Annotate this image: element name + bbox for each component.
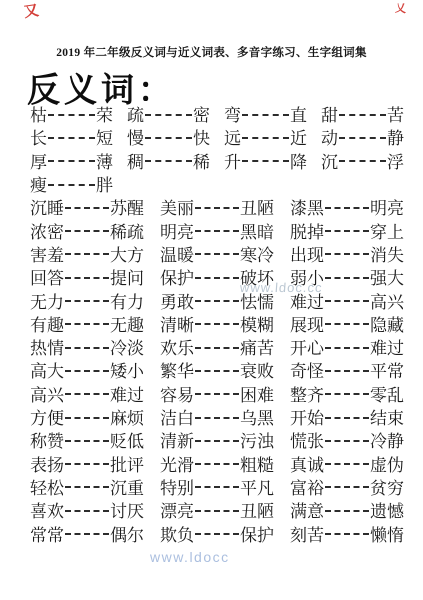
word-left: 喜欢 [30,497,64,522]
antonym-pair: 表扬批评 [30,451,144,476]
word-right: 麻烦 [110,404,144,429]
word-left: 脱掉 [290,218,324,243]
word-left: 出现 [290,241,324,266]
word-right: 保护 [240,521,274,546]
antonym-pair: 热情冷淡 [30,334,144,359]
dash-connector [325,533,369,535]
dash-connector [65,277,109,279]
antonym-pair: 洁白乌黑 [160,404,274,429]
antonym-pair: 难过高兴 [290,288,404,313]
dash-connector [65,440,109,442]
antonym-pair: 欢乐痛苦 [160,334,274,359]
dash-connector [195,393,239,395]
dash-connector [145,114,192,116]
dash-connector [325,323,369,325]
word-right: 直 [290,101,307,126]
word-right: 偶尔 [110,521,144,546]
dash-connector [195,486,239,488]
dash-connector [195,277,239,279]
antonym-row: 浓密稀疏明亮黑暗脱掉穿上 [30,218,405,241]
dash-connector [325,347,369,349]
dash-connector [195,463,239,465]
word-left: 动 [321,124,338,149]
dash-connector [195,440,239,442]
word-right: 沉重 [110,474,144,499]
antonym-pair: 疏密 [127,101,210,126]
word-right: 苏醒 [110,194,144,219]
dash-connector [325,510,369,512]
antonym-pair: 富裕贫穷 [290,474,404,499]
red-stamp-left-icon: 又 [23,4,40,21]
dash-connector [65,207,109,209]
word-left: 开始 [290,404,324,429]
dash-connector [325,253,369,255]
dash-connector [325,417,369,419]
antonym-list: 枯荣疏密弯直甜苦长短慢快远近动静厚薄稠稀升降沉浮瘦胖沉睡苏醒美丽丑陋漆黑明亮浓密… [30,102,405,545]
dash-connector [242,137,289,139]
word-right: 稀疏 [110,218,144,243]
word-right: 矮小 [110,357,144,382]
antonym-pair: 刻苦懒惰 [290,521,404,546]
word-left: 温暖 [160,241,194,266]
dash-connector [195,510,239,512]
antonym-pair: 枯荣 [30,101,113,126]
dash-connector [65,300,109,302]
antonym-pair: 美丽丑陋 [160,194,274,219]
word-right: 有力 [110,288,144,313]
antonym-pair: 方便麻烦 [30,404,144,429]
word-right: 衰败 [240,357,274,382]
word-left: 疏 [127,101,144,126]
dash-connector [65,510,109,512]
antonym-pair: 满意遗憾 [290,497,404,522]
antonym-row: 常常偶尔欺负保护刻苦懒惰 [30,521,405,544]
dash-connector [48,184,95,186]
antonym-pair: 明亮黑暗 [160,218,274,243]
dash-connector [65,463,109,465]
antonym-pair: 厚薄 [30,148,113,173]
word-right: 平常 [370,357,404,382]
dash-connector [325,486,369,488]
word-left: 真诚 [290,451,324,476]
word-right: 冷静 [370,427,404,452]
word-right: 快 [193,124,210,149]
dash-connector [65,393,109,395]
word-right: 冷淡 [110,334,144,359]
antonym-pair: 稠稀 [127,148,210,173]
dash-connector [195,207,239,209]
dash-connector [325,393,369,395]
dash-connector [195,533,239,535]
antonym-row: 害羞大方温暖寒冷出现消失 [30,242,405,265]
dash-connector [195,230,239,232]
word-left: 清新 [160,427,194,452]
word-left: 厚 [30,148,47,173]
word-left: 瘦 [30,171,47,196]
antonym-pair: 弱小强大 [290,264,404,289]
word-right: 薄 [96,148,113,173]
antonym-row: 表扬批评光滑粗糙真诚虚伪 [30,451,405,474]
word-right: 大方 [110,241,144,266]
word-left: 甜 [321,101,338,126]
word-right: 怯懦 [240,288,274,313]
antonym-pair: 喜欢讨厌 [30,497,144,522]
word-left: 整齐 [290,381,324,406]
word-right: 零乱 [370,381,404,406]
antonym-pair: 繁华衰败 [160,357,274,382]
word-left: 升 [224,148,241,173]
dash-connector [65,533,109,535]
antonym-pair: 清晰模糊 [160,311,274,336]
antonym-pair: 清新污浊 [160,427,274,452]
word-right: 提问 [110,264,144,289]
word-right: 荣 [96,101,113,126]
word-left: 弱小 [290,264,324,289]
word-right: 高兴 [370,288,404,313]
antonym-pair: 无力有力 [30,288,144,313]
word-left: 光滑 [160,451,194,476]
word-left: 称赞 [30,427,64,452]
word-left: 稠 [127,148,144,173]
antonym-pair: 勇敢怯懦 [160,288,274,313]
antonym-row: 热情冷淡欢乐痛苦开心难过 [30,335,405,358]
dash-connector [65,323,109,325]
antonym-pair: 奇怪平常 [290,357,404,382]
word-right: 静 [387,124,404,149]
antonym-pair: 展现隐藏 [290,311,404,336]
antonym-pair: 真诚虚伪 [290,451,404,476]
word-right: 贬低 [110,427,144,452]
antonym-pair: 脱掉穿上 [290,218,404,243]
dash-connector [65,417,109,419]
antonym-pair: 升降 [224,148,307,173]
word-right: 难过 [110,381,144,406]
word-left: 欢乐 [160,334,194,359]
dash-connector [325,230,369,232]
antonym-row: 无力有力勇敢怯懦难过高兴 [30,288,405,311]
word-left: 特别 [160,474,194,499]
antonym-pair: 慌张冷静 [290,427,404,452]
word-right: 寒冷 [240,241,274,266]
word-right: 懒惰 [370,521,404,546]
antonym-row: 方便麻烦洁白乌黑开始结束 [30,405,405,428]
word-right: 消失 [370,241,404,266]
word-left: 回答 [30,264,64,289]
word-left: 长 [30,124,47,149]
antonym-pair: 特别平凡 [160,474,274,499]
antonym-row: 沉睡苏醒美丽丑陋漆黑明亮 [30,195,405,218]
document-page: 又 乂 2019 年二年级反义词与近义词表、多音字练习、生字组词集 反义词： 枯… [0,0,423,600]
antonym-pair: 容易困难 [160,381,274,406]
word-left: 美丽 [160,194,194,219]
dash-connector [339,114,386,116]
word-left: 无力 [30,288,64,313]
word-right: 困难 [240,381,274,406]
antonym-row: 高大矮小繁华衰败奇怪平常 [30,358,405,381]
dash-connector [65,370,109,372]
antonym-row: 轻松沉重特别平凡富裕贫穷 [30,475,405,498]
document-title: 2019 年二年级反义词与近义词表、多音字练习、生字组词集 [0,44,423,60]
word-left: 奇怪 [290,357,324,382]
antonym-pair: 远近 [224,124,307,149]
word-left: 沉 [321,148,338,173]
word-right: 难过 [370,334,404,359]
antonym-pair: 漂亮丑陋 [160,497,274,522]
antonym-pair: 光滑粗糙 [160,451,274,476]
dash-connector [65,230,109,232]
antonym-pair: 瘦胖 [30,171,113,196]
antonym-row: 长短慢快远近动静 [30,125,405,148]
word-left: 勇敢 [160,288,194,313]
antonym-pair: 开心难过 [290,334,404,359]
watermark-bottom: www.ldocc [150,549,230,565]
word-left: 害羞 [30,241,64,266]
antonym-row: 高兴难过容易困难整齐零乱 [30,382,405,405]
dash-connector [65,347,109,349]
word-left: 热情 [30,334,64,359]
word-left: 展现 [290,311,324,336]
word-left: 繁华 [160,357,194,382]
word-left: 高大 [30,357,64,382]
antonym-pair: 温暖寒冷 [160,241,274,266]
dash-connector [195,347,239,349]
word-left: 洁白 [160,404,194,429]
antonym-row: 厚薄稠稀升降沉浮 [30,149,405,172]
word-right: 批评 [110,451,144,476]
antonym-pair: 整齐零乱 [290,381,404,406]
word-right: 污浊 [240,427,274,452]
word-right: 平凡 [240,474,274,499]
dash-connector [325,207,369,209]
red-stamp-right-icon: 乂 [395,4,407,16]
dash-connector [325,440,369,442]
word-left: 开心 [290,334,324,359]
word-left: 弯 [224,101,241,126]
dash-connector [242,114,289,116]
antonym-row: 有趣无趣清晰模糊展现隐藏 [30,312,405,335]
word-right: 丑陋 [240,497,274,522]
word-left: 方便 [30,404,64,429]
word-right: 浮 [387,148,404,173]
word-right: 贫穷 [370,474,404,499]
antonym-pair: 慢快 [127,124,210,149]
word-right: 虚伪 [370,451,404,476]
antonym-pair: 开始结束 [290,404,404,429]
word-right: 穿上 [370,218,404,243]
antonym-pair: 沉睡苏醒 [30,194,144,219]
word-right: 苦 [387,101,404,126]
dash-connector [242,160,289,162]
antonym-pair: 回答提问 [30,264,144,289]
word-right: 乌黑 [240,404,274,429]
antonym-pair: 浓密稀疏 [30,218,144,243]
word-right: 粗糙 [240,451,274,476]
word-left: 清晰 [160,311,194,336]
dash-connector [339,160,386,162]
word-right: 胖 [96,171,113,196]
antonym-pair: 保护破坏 [160,264,274,289]
dash-connector [145,160,192,162]
antonym-pair: 欺负保护 [160,521,274,546]
word-right: 丑陋 [240,194,274,219]
word-right: 破坏 [240,264,274,289]
dash-connector [195,323,239,325]
dash-connector [65,253,109,255]
dash-connector [48,160,95,162]
antonym-row: 称赞贬低清新污浊慌张冷静 [30,428,405,451]
word-left: 慌张 [290,427,324,452]
word-right: 隐藏 [370,311,404,336]
word-right: 稀 [193,148,210,173]
dash-connector [195,370,239,372]
antonym-pair: 有趣无趣 [30,311,144,336]
dash-connector [145,137,192,139]
word-right: 强大 [370,264,404,289]
word-right: 短 [96,124,113,149]
antonym-pair: 弯直 [224,101,307,126]
word-left: 漆黑 [290,194,324,219]
dash-connector [339,137,386,139]
word-right: 结束 [370,404,404,429]
dash-connector [65,486,109,488]
word-left: 沉睡 [30,194,64,219]
antonym-row: 瘦胖 [30,172,405,195]
word-left: 枯 [30,101,47,126]
word-left: 远 [224,124,241,149]
word-left: 保护 [160,264,194,289]
word-right: 明亮 [370,194,404,219]
dash-connector [325,277,369,279]
word-left: 满意 [290,497,324,522]
word-left: 明亮 [160,218,194,243]
dash-connector [195,417,239,419]
word-left: 容易 [160,381,194,406]
antonym-pair: 轻松沉重 [30,474,144,499]
word-right: 遗憾 [370,497,404,522]
word-left: 高兴 [30,381,64,406]
word-left: 漂亮 [160,497,194,522]
dash-connector [325,300,369,302]
word-left: 轻松 [30,474,64,499]
word-left: 富裕 [290,474,324,499]
word-left: 难过 [290,288,324,313]
dash-connector [325,370,369,372]
antonym-pair: 称赞贬低 [30,427,144,452]
dash-connector [195,300,239,302]
word-left: 刻苦 [290,521,324,546]
antonym-pair: 甜苦 [321,101,404,126]
word-right: 痛苦 [240,334,274,359]
antonym-row: 回答提问保护破坏弱小强大 [30,265,405,288]
word-left: 有趣 [30,311,64,336]
antonym-pair: 出现消失 [290,241,404,266]
antonym-pair: 动静 [321,124,404,149]
word-left: 慢 [127,124,144,149]
antonym-pair: 常常偶尔 [30,521,144,546]
word-right: 无趣 [110,311,144,336]
word-right: 黑暗 [240,218,274,243]
word-right: 模糊 [240,311,274,336]
dash-connector [48,137,95,139]
antonym-row: 喜欢讨厌漂亮丑陋满意遗憾 [30,498,405,521]
antonym-pair: 长短 [30,124,113,149]
word-left: 欺负 [160,521,194,546]
antonym-pair: 高大矮小 [30,357,144,382]
word-right: 降 [290,148,307,173]
antonym-pair: 沉浮 [321,148,404,173]
word-right: 密 [193,101,210,126]
word-left: 表扬 [30,451,64,476]
word-right: 讨厌 [110,497,144,522]
antonym-pair: 漆黑明亮 [290,194,404,219]
antonym-row: 枯荣疏密弯直甜苦 [30,102,405,125]
word-right: 近 [290,124,307,149]
dash-connector [48,114,95,116]
word-left: 常常 [30,521,64,546]
antonym-pair: 害羞大方 [30,241,144,266]
word-left: 浓密 [30,218,64,243]
dash-connector [325,463,369,465]
dash-connector [195,253,239,255]
antonym-pair: 高兴难过 [30,381,144,406]
